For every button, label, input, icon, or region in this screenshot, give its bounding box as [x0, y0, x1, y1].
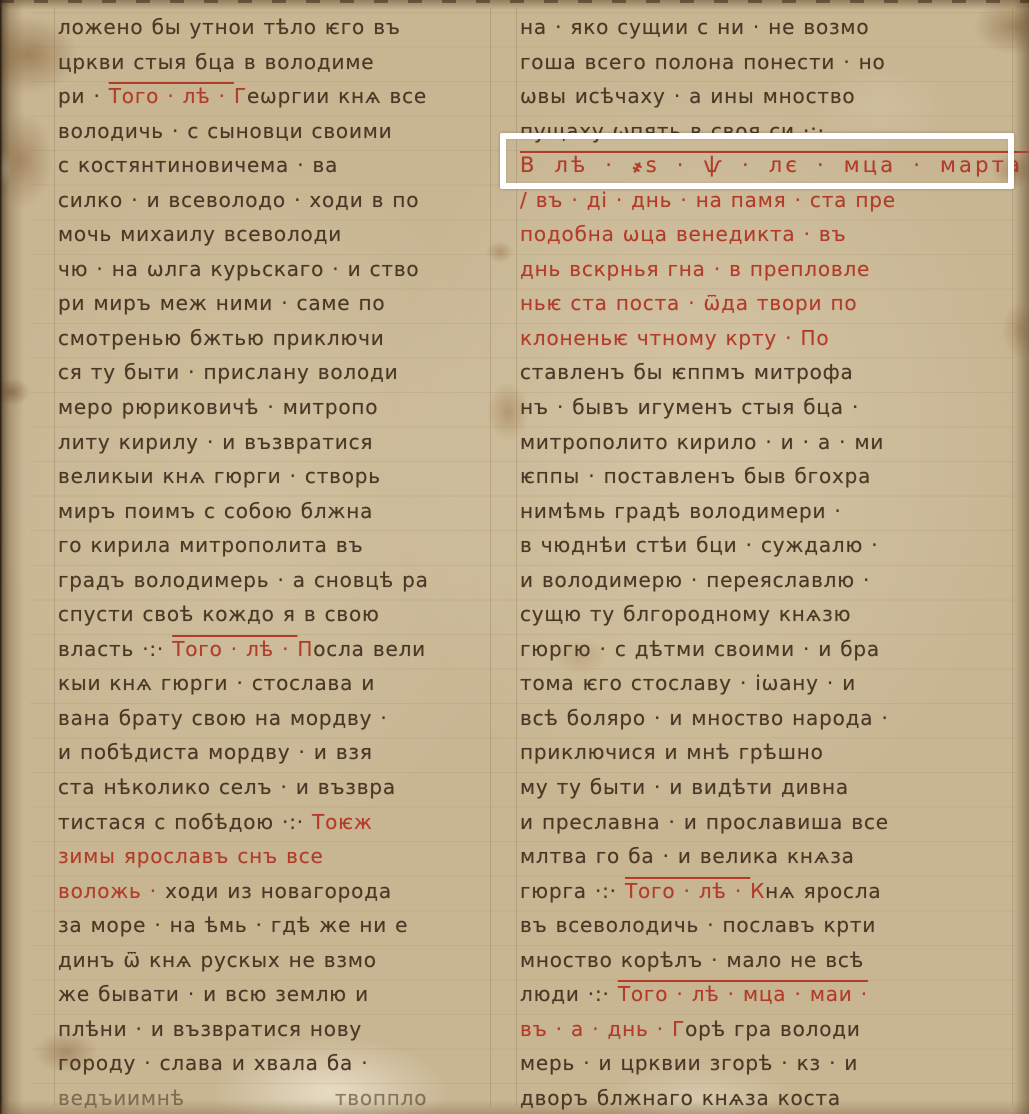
ink-text: еѡргии кнѧ все [247, 84, 427, 108]
manuscript-line: всѣ боляро · и мноство народа · [520, 701, 1022, 736]
ink-text: динъ ѿ кнѧ рускых не взмо [58, 948, 377, 972]
manuscript-line: ѥппы · поставленъ быв бгохра [520, 459, 1022, 494]
ink-text: власть ·:· [58, 637, 172, 661]
ink-text: в чюднѣи стѣи бци · суждалю · [520, 533, 878, 557]
ink-text: ставленъ бы ѥппмъ митрофа [520, 360, 854, 384]
ink-text: ѥппы · поставленъ быв бгохра [520, 464, 871, 488]
manuscript-line: великыи кнѧ гюрги · створь [58, 459, 494, 494]
manuscript-line: дворъ блжнаго кнѧза коста [520, 1081, 1022, 1114]
ink-text: люди ·:· [520, 982, 618, 1006]
manuscript-line: мерь · и црквии згорѣ · кз · и [520, 1046, 1022, 1081]
manuscript-line: чю · на ѡлга курьскаго · и ство [58, 252, 494, 287]
manuscript-line: ньѥ ста поста · ѿда твори по [520, 286, 1022, 321]
manuscript-line: плѣни · и възвратися нову [58, 1012, 494, 1047]
ink-text: спусти своѣ кождо я в свою [58, 602, 380, 626]
manuscript-line: за море · на ѣмь · гдѣ же ни е [58, 908, 494, 943]
ink-text: мерь · и црквии згорѣ · кз · и [520, 1051, 858, 1075]
text-column-right: на · яко сущии с ни · не возмогоша всего… [520, 10, 1022, 1114]
manuscript-line: приключися и мнѣ грѣшно [520, 735, 1022, 770]
ink-text: вана брату свою на мордву · [58, 706, 388, 730]
ink-text: ри миръ меж ними · саме по [58, 291, 385, 315]
rubric-text: Тоѥж [312, 810, 373, 834]
ink-text: градъ володимерь · а сновцѣ ра [58, 568, 429, 592]
ink-text: и володимерю · переяславлю · [520, 568, 870, 592]
manuscript-line: динъ ѿ кнѧ рускых не взмо [58, 943, 494, 978]
manuscript-line: ста нѣколико селъ · и възвра [58, 770, 494, 805]
manuscript-line: и побѣдиста мордву · и взя [58, 735, 494, 770]
ink-text: же бывати · и всю землю и [58, 982, 369, 1006]
ink-text: на · яко сущии с ни · не возмо [520, 15, 869, 39]
ink-text: городу · слава и хвала ба · [58, 1051, 368, 1075]
manuscript-line: тома ѥго стославу · іѡану · и [520, 666, 1022, 701]
ink-text: нимѣмь градѣ володимери · [520, 499, 842, 523]
manuscript-line: ложено бы утнои тѣло ѥго въ [58, 10, 494, 45]
ink-text: митрополито кирило · и · а · ми [520, 430, 884, 454]
rubric-text: Того · лѣ · мца · маи · [618, 982, 868, 1006]
manuscript-line: и преславна · и прославиша все [520, 805, 1022, 840]
manuscript-line: / въ · ді · днь · на памя · ста пре [520, 183, 1022, 218]
manuscript-line: зимы ярославъ снъ все [58, 839, 494, 874]
manuscript-line: меро рюриковичѣ · митропо [58, 390, 494, 425]
manuscript-line: городу · слава и хвала ба · [58, 1046, 494, 1081]
manuscript-line: власть ·:· Того · лѣ · Посла вели [58, 632, 494, 667]
ink-text: ста нѣколико селъ · и възвра [58, 775, 396, 799]
manuscript-line: кыи кнѧ гюрги · стослава и [58, 666, 494, 701]
ink-text: гоша всего полона понести · но [520, 50, 886, 74]
ink-text: млтва го ба · и велика кнѧза [520, 844, 855, 868]
ink-text: ведъиимнѣ [58, 1086, 185, 1110]
ink-text: ложено бы утнои тѣло ѥго въ [58, 15, 401, 39]
manuscript-line: тистася с побѣдою ·:· Тоѥж [58, 805, 494, 840]
rubric-text: К [750, 879, 765, 903]
rubric-text: въ · а · днь · [520, 1017, 672, 1041]
manuscript-line: му ту быти · и видѣти дивна [520, 770, 1022, 805]
manuscript-line: гюрга ·:· Того · лѣ · Кнѧ яросла [520, 874, 1022, 909]
ink-text: ходи из новагорода [165, 879, 392, 903]
rubric-text: Г [234, 84, 247, 108]
rubric-text: подобна ѡца венедикта · въ [520, 222, 846, 246]
manuscript-line: спусти своѣ кождо я в свою [58, 597, 494, 632]
ink-text: гюрга ·:· [520, 879, 625, 903]
ink-text: твоппло [335, 1086, 427, 1110]
ink-text: гюргю · с дѣтми своими · и бра [520, 637, 880, 661]
ink-text: тома ѥго стославу · іѡану · и [520, 671, 856, 695]
rubric-text: зимы ярославъ снъ все [58, 844, 324, 868]
manuscript-line: го кирила митрополита въ [58, 528, 494, 563]
manuscript-line: ся ту быти · прислану володи [58, 355, 494, 390]
manuscript-line: клоненьѥ чтному крту · По [520, 321, 1022, 356]
manuscript-line: нимѣмь градѣ володимери · [520, 494, 1022, 529]
manuscript-line: люди ·:· Того · лѣ · мца · маи · [520, 977, 1022, 1012]
ink-text: осла вели [313, 637, 426, 661]
ink-text: кыи кнѧ гюрги · стослава и [58, 671, 375, 695]
manuscript-line: мочь михаилу всеволоди [58, 217, 494, 252]
manuscript-line: пущаху ѡпять в своя си ·:· [520, 114, 1022, 149]
ink-text: мочь михаилу всеволоди [58, 222, 342, 246]
rubric-text: Г [672, 1017, 685, 1041]
manuscript-line: въ всеволодичь · пославъ крти [520, 908, 1022, 943]
manuscript-line: ѡвы исѣчаху · а ины мноство [520, 79, 1022, 114]
ink-text: го кирила митрополита въ [58, 533, 363, 557]
ruling-line-vertical [54, 8, 55, 1106]
rubric-text: Того · лѣ · [172, 637, 297, 661]
manuscript-line: на · яко сущии с ни · не возмо [520, 10, 1022, 45]
ink-text: орѣ гра володи [685, 1017, 861, 1041]
ink-text: ѡвы исѣчаху · а ины мноство [520, 84, 855, 108]
manuscript-line: мноство корѣлъ · мало не всѣ [520, 943, 1022, 978]
ink-text: и побѣдиста мордву · и взя [58, 740, 373, 764]
manuscript-line: млтва го ба · и велика кнѧза [520, 839, 1022, 874]
ink-text: нѧ яросла [765, 879, 881, 903]
manuscript-line: нъ · бывъ игуменъ стыя бца · [520, 390, 1022, 425]
text-column-left: ложено бы утнои тѣло ѥго въцркви стыя бц… [58, 10, 494, 1114]
ink-text: цркви стыя бца в володиме [58, 50, 374, 74]
ink-text: великыи кнѧ гюрги · створь [58, 464, 381, 488]
rubric-text: воложь · [58, 879, 165, 903]
manuscript-line: смотренью бжтью приключи [58, 321, 494, 356]
manuscript-line: ри · Того · лѣ · Геѡргии кнѧ все [58, 79, 494, 114]
rubric-text: П [297, 637, 313, 661]
manuscript-page-photo: ложено бы утнои тѣло ѥго въцркви стыя бц… [0, 0, 1029, 1114]
manuscript-line: в чюднѣи стѣи бци · суждалю · [520, 528, 1022, 563]
manuscript-line: подобна ѡца венедикта · въ [520, 217, 1022, 252]
manuscript-line: гюргю · с дѣтми своими · и бра [520, 632, 1022, 667]
manuscript-line: днь вскрнья гна · в препловле [520, 252, 1022, 287]
ink-text: смотренью бжтью приключи [58, 326, 385, 350]
manuscript-line: гоша всего полона понести · но [520, 45, 1022, 80]
ink-text: въ всеволодичь · пославъ крти [520, 913, 876, 937]
manuscript-line: ведъиимнѣтвоппло [58, 1081, 494, 1114]
manuscript-line: с костянтиновичема · ва [58, 148, 494, 183]
rubric-text: Того · лѣ · [625, 879, 750, 903]
ink-text: с костянтиновичема · ва [58, 153, 338, 177]
manuscript-line: и володимерю · переяславлю · [520, 563, 1022, 598]
rubric-text: В лѣ · ҂ѕ · ѱ · лє · мца · марта · [520, 153, 1029, 177]
manuscript-line: вана брату свою на мордву · [58, 701, 494, 736]
manuscript-line: градъ володимерь · а сновцѣ ра [58, 563, 494, 598]
rubric-text: днь вскрнья гна · в препловле [520, 257, 870, 281]
ink-text: всѣ боляро · и мноство народа · [520, 706, 889, 730]
ink-text: нъ · бывъ игуменъ стыя бца · [520, 395, 859, 419]
manuscript-line: миръ поимъ с собою блжна [58, 494, 494, 529]
manuscript-line: же бывати · и всю землю и [58, 977, 494, 1012]
manuscript-line: володичь · с сыновци своими [58, 114, 494, 149]
ink-text: ся ту быти · прислану володи [58, 360, 398, 384]
rubric-text: Того · лѣ · [109, 84, 234, 108]
rubric-text: въ · ді · днь · на памя · ста пре [536, 188, 896, 212]
ink-text: за море · на ѣмь · гдѣ же ни е [58, 913, 408, 937]
manuscript-line: В лѣ · ҂ѕ · ѱ · лє · мца · марта · [520, 148, 1022, 183]
manuscript-line: ставленъ бы ѥппмъ митрофа [520, 355, 1022, 390]
ink-text: литу кирилу · и възвратися [58, 430, 373, 454]
ink-text: пущаху ѡпять в своя си ·:· [520, 119, 825, 143]
ink-text: володичь · с сыновци своими [58, 119, 392, 143]
ink-text: сущю ту блгородному кнѧзю [520, 602, 851, 626]
manuscript-line: сущю ту блгородному кнѧзю [520, 597, 1022, 632]
ruling-line-vertical [516, 8, 517, 1106]
manuscript-line: цркви стыя бца в володиме [58, 45, 494, 80]
manuscript-line: въ · а · днь · Горѣ гра володи [520, 1012, 1022, 1047]
ink-text: ри · [58, 84, 109, 108]
ink-text: миръ поимъ с собою блжна [58, 499, 373, 523]
ink-text: плѣни · и възвратися нову [58, 1017, 362, 1041]
ink-text: мноство корѣлъ · мало не всѣ [520, 948, 864, 972]
manuscript-line: митрополито кирило · и · а · ми [520, 425, 1022, 460]
ink-text: му ту быти · и видѣти дивна [520, 775, 849, 799]
rubric-text: ньѥ ста поста · ѿда твори по [520, 291, 857, 315]
ink-text: и преславна · и прославиша все [520, 810, 889, 834]
rubric-text: клоненьѥ чтному крту · [520, 326, 800, 350]
rubric-text: / [520, 188, 536, 212]
ink-text: меро рюриковичѣ · митропо [58, 395, 378, 419]
ink-text: чю · на ѡлга курьскаго · и ство [58, 257, 419, 281]
ink-text: тистася с побѣдою ·:· [58, 810, 312, 834]
ink-text: дворъ блжнаго кнѧза коста [520, 1086, 841, 1110]
ink-text: силко · и всеволодо · ходи в по [58, 188, 419, 212]
manuscript-line: воложь · ходи из новагорода [58, 874, 494, 909]
ink-text: приключися и мнѣ грѣшно [520, 740, 824, 764]
manuscript-line: силко · и всеволодо · ходи в по [58, 183, 494, 218]
rubric-text: По [800, 326, 829, 350]
manuscript-line: литу кирилу · и възвратися [58, 425, 494, 460]
photo-top-edge [0, 0, 1029, 3]
manuscript-line: ри миръ меж ними · саме по [58, 286, 494, 321]
